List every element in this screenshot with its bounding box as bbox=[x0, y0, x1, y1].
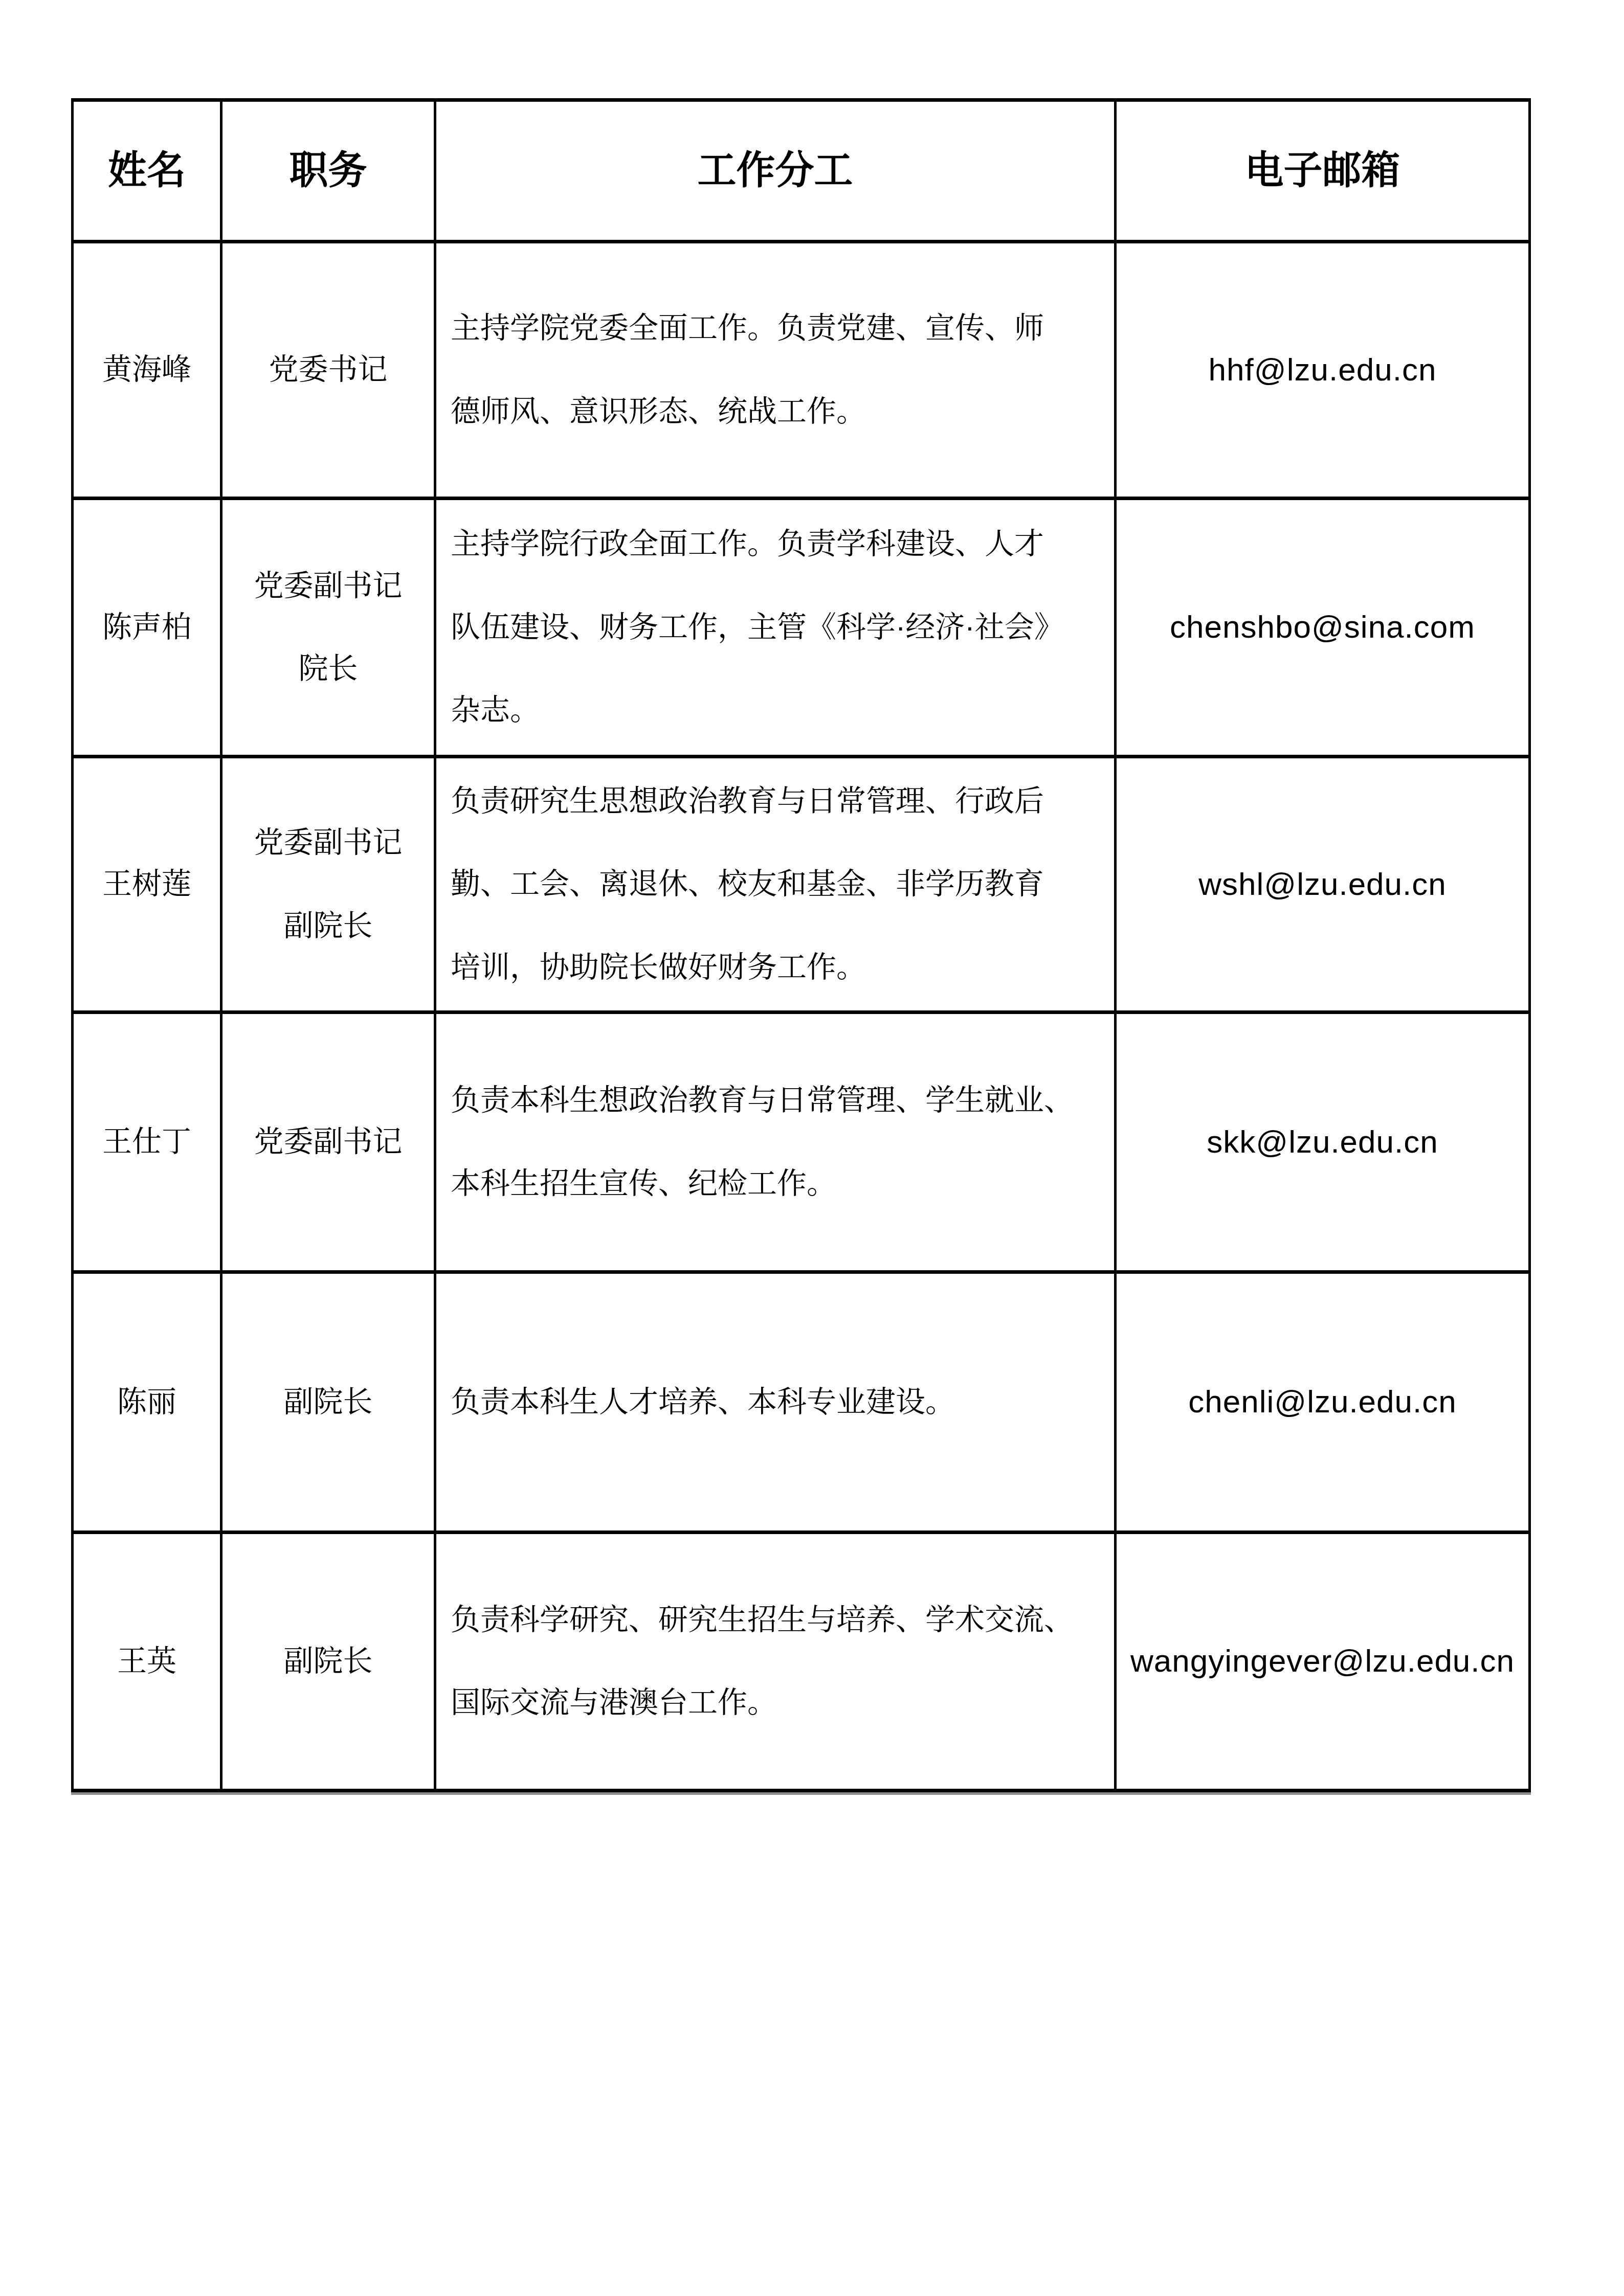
email-cell: hhf@lzu.edu.cn bbox=[1116, 242, 1530, 499]
document-page: 姓名 职务 工作分工 电子邮箱 黄海峰 党委书记 主持学院党委全面工作。负责党建… bbox=[0, 0, 1624, 2296]
duties-cell: 负责本科生想政治教育与日常管理、学生就业、 本科生招生宣传、纪检工作。 bbox=[435, 1012, 1116, 1272]
position-cell: 党委副书记 副院长 bbox=[221, 757, 435, 1012]
header-duties: 工作分工 bbox=[435, 100, 1116, 242]
table-row: 王英 副院长 负责科学研究、研究生招生与培养、学术交流、 国际交流与港澳台工作。… bbox=[73, 1533, 1530, 1791]
name-cell: 陈丽 bbox=[73, 1272, 221, 1533]
duties-cell: 负责科学研究、研究生招生与培养、学术交流、 国际交流与港澳台工作。 bbox=[435, 1533, 1116, 1791]
duties-cell: 主持学院党委全面工作。负责党建、宣传、师 德师风、意识形态、统战工作。 bbox=[435, 242, 1116, 499]
name-cell: 陈声柏 bbox=[73, 499, 221, 757]
header-position: 职务 bbox=[221, 100, 435, 242]
table-row: 陈声柏 党委副书记 院长 主持学院行政全面工作。负责学科建设、人才 队伍建设、财… bbox=[73, 499, 1530, 757]
header-name: 姓名 bbox=[73, 100, 221, 242]
header-row: 姓名 职务 工作分工 电子邮箱 bbox=[73, 100, 1530, 242]
email-cell: chenli@lzu.edu.cn bbox=[1116, 1272, 1530, 1533]
table-row: 王树莲 党委副书记 副院长 负责研究生思想政治教育与日常管理、行政后 勤、工会、… bbox=[73, 757, 1530, 1012]
email-cell: wshl@lzu.edu.cn bbox=[1116, 757, 1530, 1012]
duties-cell: 负责本科生人才培养、本科专业建设。 bbox=[435, 1272, 1116, 1533]
email-cell: chenshbo@sina.com bbox=[1116, 499, 1530, 757]
table-row: 王仕丁 党委副书记 负责本科生想政治教育与日常管理、学生就业、 本科生招生宣传、… bbox=[73, 1012, 1530, 1272]
table-row: 陈丽 副院长 负责本科生人才培养、本科专业建设。 chenli@lzu.edu.… bbox=[73, 1272, 1530, 1533]
name-cell: 王英 bbox=[73, 1533, 221, 1791]
name-cell: 王仕丁 bbox=[73, 1012, 221, 1272]
position-cell: 副院长 bbox=[221, 1272, 435, 1533]
duties-cell: 主持学院行政全面工作。负责学科建设、人才 队伍建设、财务工作，主管《科学·经济·… bbox=[435, 499, 1116, 757]
position-cell: 副院长 bbox=[221, 1533, 435, 1791]
duties-cell: 负责研究生思想政治教育与日常管理、行政后 勤、工会、离退休、校友和基金、非学历教… bbox=[435, 757, 1116, 1012]
email-cell: wangyingever@lzu.edu.cn bbox=[1116, 1533, 1530, 1791]
email-cell: skk@lzu.edu.cn bbox=[1116, 1012, 1530, 1272]
position-cell: 党委书记 bbox=[221, 242, 435, 499]
table-row: 黄海峰 党委书记 主持学院党委全面工作。负责党建、宣传、师 德师风、意识形态、统… bbox=[73, 242, 1530, 499]
name-cell: 王树莲 bbox=[73, 757, 221, 1012]
position-cell: 党委副书记 bbox=[221, 1012, 435, 1272]
header-email: 电子邮箱 bbox=[1116, 100, 1530, 242]
name-cell: 黄海峰 bbox=[73, 242, 221, 499]
leadership-table: 姓名 职务 工作分工 电子邮箱 黄海峰 党委书记 主持学院党委全面工作。负责党建… bbox=[71, 98, 1531, 1792]
position-cell: 党委副书记 院长 bbox=[221, 499, 435, 757]
